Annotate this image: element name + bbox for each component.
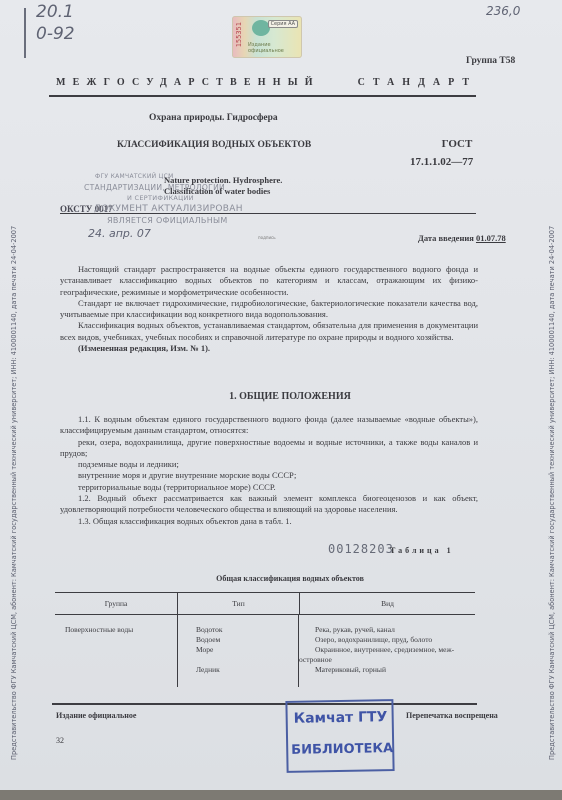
stamp-line-1: ФГУ КАМЧАТСКИЙ ЦСМ bbox=[95, 173, 174, 180]
okstu-rule bbox=[60, 213, 476, 214]
banner-left: МЕЖГОСУДАРСТВЕННЫЙ bbox=[56, 77, 320, 88]
kind-item: Материковый, горный bbox=[315, 665, 471, 675]
hologram-series: Серия АА bbox=[268, 20, 298, 28]
intro-paragraph-1: Настоящий стандарт распространяется на в… bbox=[60, 264, 478, 298]
type-item: Море bbox=[196, 645, 298, 655]
subject-line: Охрана природы. Гидросфера bbox=[149, 113, 278, 123]
english-title-line-2: Classification of water bodies bbox=[164, 186, 282, 197]
handwritten-shelf-code-1: 20.1 bbox=[36, 2, 74, 22]
kind-item: Окраинное, внутреннее, средиземное, меж- bbox=[315, 645, 471, 655]
type-item: Ледник bbox=[196, 665, 298, 675]
hologram-sticker: 155351 Серия АА Издание официальное bbox=[232, 16, 302, 58]
document-title: КЛАССИФИКАЦИЯ ВОДНЫХ ОБЪЕКТОВ bbox=[117, 140, 311, 150]
intro-paragraph-2: Стандарт не включает гидрохимические, ги… bbox=[60, 298, 478, 321]
stamp-line-5: ЯВЛЯЕТСЯ ОФИЦИАЛЬНЫМ bbox=[107, 216, 228, 225]
clause-1-1-item-4: территориальные воды (территориальное мо… bbox=[60, 482, 478, 493]
table-header-row: Группа Тип Вид bbox=[55, 592, 475, 615]
intro-text: Настоящий стандарт распространяется на в… bbox=[60, 264, 478, 354]
scanned-page: 20.1 0-92 236,0 155351 Серия АА Издание … bbox=[0, 0, 562, 790]
side-watermark-left: Представительство ФГУ Камчатский ЦСМ, аб… bbox=[10, 226, 18, 760]
table-title: Общая классификация водных объектов bbox=[60, 574, 520, 583]
desk-surface bbox=[0, 790, 562, 800]
column-header-group: Группа bbox=[55, 599, 177, 608]
kind-item: Озеро, водохранилище, пруд, болото bbox=[315, 635, 471, 645]
handwritten-price: 236,0 bbox=[486, 4, 520, 18]
hologram-serial: 155351 bbox=[235, 22, 243, 47]
type-item: Водоток bbox=[196, 625, 298, 635]
table-number: Таблица 1 bbox=[390, 546, 454, 555]
footer-rule bbox=[52, 703, 477, 705]
section-1-text: 1.1. К водным объектам единого государст… bbox=[60, 414, 478, 527]
column-header-kind: Вид bbox=[299, 593, 475, 614]
intro-date-value: 01.07.78 bbox=[476, 233, 506, 243]
gost-number: 17.1.1.02—77 bbox=[410, 156, 473, 168]
header-rule bbox=[49, 95, 476, 97]
intro-date: Дата введения 01.07.78 bbox=[418, 233, 506, 243]
clause-1-1: 1.1. К водным объектам единого государст… bbox=[60, 414, 478, 437]
inventory-number-stamp: 00128203 bbox=[328, 542, 394, 556]
cell-types: Водоток Водоем Море Ледник bbox=[177, 615, 298, 687]
page-number: 32 bbox=[56, 736, 64, 745]
side-watermark-right: Представительство ФГУ Камчатский ЦСМ, аб… bbox=[548, 226, 556, 760]
clause-1-2: 1.2. Водный объект рассматривается как в… bbox=[60, 493, 478, 516]
library-stamp: Камчат ГТУ БИБЛИОТЕКА bbox=[285, 699, 394, 773]
table-row: Поверхностные воды Водоток Водоем Море Л… bbox=[55, 615, 475, 687]
group-label: Группа Т58 bbox=[466, 56, 515, 66]
cell-group: Поверхностные воды bbox=[55, 615, 177, 687]
library-stamp-line-2: БИБЛИОТЕКА bbox=[291, 741, 393, 758]
section-heading: 1. ОБЩИЕ ПОЛОЖЕНИЯ bbox=[60, 391, 520, 402]
banner-right: СТАНДАРТ bbox=[358, 77, 477, 88]
library-stamp-line-1: Камчат ГТУ bbox=[294, 709, 388, 727]
standard-banner: МЕЖГОСУДАРСТВЕННЫЙ СТАНДАРТ bbox=[56, 77, 477, 88]
stamp-signature-caption: подпись bbox=[258, 235, 276, 240]
hologram-caption: Издание официальное bbox=[248, 42, 302, 54]
cell-kinds: Река, рукав, ручей, канал Озеро, водохра… bbox=[298, 615, 475, 687]
clause-1-1-item-3: внутренние моря и другие внутренние морс… bbox=[60, 470, 478, 481]
gost-label: ГОСТ bbox=[427, 138, 487, 150]
clause-1-1-item-1: реки, озера, водохранилища, другие повер… bbox=[60, 437, 478, 460]
amendment-note: (Измененная редакция, Изм. № 1). bbox=[60, 343, 478, 354]
intro-date-label: Дата введения bbox=[418, 233, 474, 243]
type-item: Водоем bbox=[196, 635, 298, 645]
handwritten-bar bbox=[24, 8, 26, 58]
classification-table: Группа Тип Вид Поверхностные воды Водото… bbox=[55, 592, 475, 687]
footer-official-edition: Издание официальное bbox=[56, 711, 136, 720]
clause-1-3: 1.3. Общая классификация водных объектов… bbox=[60, 516, 478, 527]
english-title-line-1: Nature protection. Hydrosphere. bbox=[164, 175, 282, 186]
english-title: Nature protection. Hydrosphere. Classifi… bbox=[164, 175, 282, 197]
footer-reprint-prohibited: Перепечатка воспрещена bbox=[406, 711, 498, 720]
kind-item: Река, рукав, ручей, канал bbox=[315, 625, 471, 635]
stamp-signature-date: 24. апр. 07 bbox=[88, 227, 151, 240]
column-header-type: Тип bbox=[177, 593, 299, 614]
kind-item-continued: островное bbox=[299, 655, 471, 665]
intro-paragraph-3: Классификация водных объектов, устанавли… bbox=[60, 320, 478, 343]
handwritten-shelf-code-2: 0-92 bbox=[36, 24, 75, 44]
clause-1-1-item-2: подземные воды и ледники; bbox=[60, 459, 478, 470]
